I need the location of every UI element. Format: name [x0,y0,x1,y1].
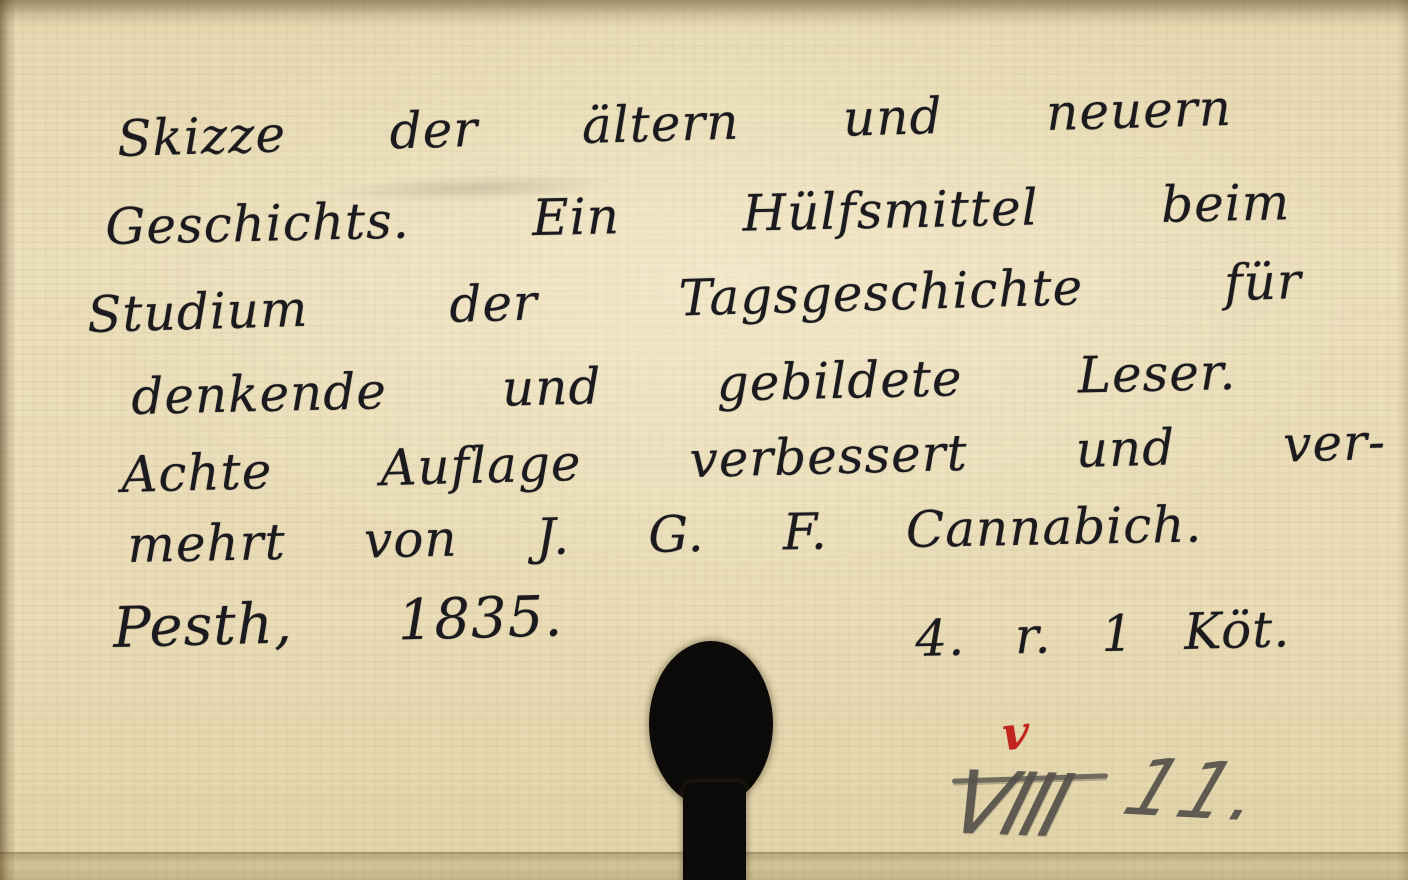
handwritten-title-line-4: denkende und gebildete Leser. [131,345,1237,425]
keyhole-punch-slot [683,782,746,880]
card-edge-top-shadow [0,0,1408,26]
handwritten-author-line: mehrt von J. G. F. Cannabich. [127,497,1203,573]
imprint-format-extent: 4. r. 1 Köt. [915,602,1291,667]
imprint-place-date: Pesth, 1835. [112,586,563,659]
pencil-shelf-number: 11. [1115,748,1278,833]
handwritten-edition-line: Achte Auflage verbessert und ver- [121,415,1387,503]
red-check-mark: v [1001,704,1029,761]
handwritten-title-line-3: Studium der Tagsgeschichte für [86,254,1302,343]
pencil-roman-numeral: VIII [932,760,1082,850]
card-edge-right-shadow [1398,0,1408,880]
handwritten-title-line-1: Skizze der ältern und neuern [116,81,1232,167]
catalog-card: Skizze der ältern und neuern Geschichts.… [0,0,1408,880]
card-edge-left-shadow [0,0,16,880]
handwritten-title-line-2: Geschichts. Ein Hülfsmittel beim [105,175,1291,255]
